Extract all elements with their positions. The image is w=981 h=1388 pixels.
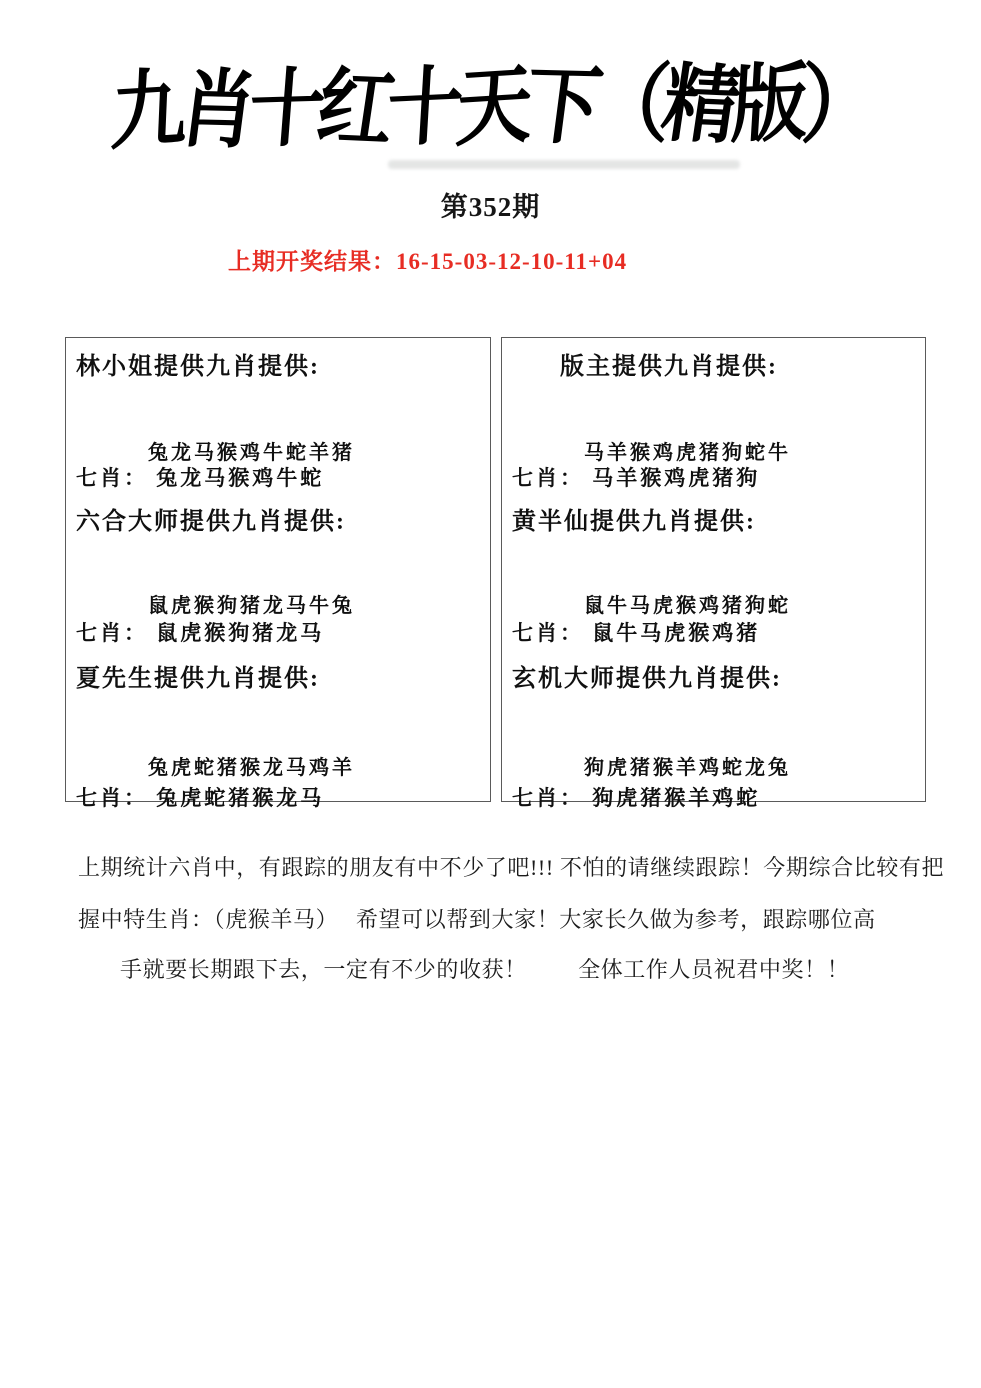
provider-heading: 六合大师提供九肖提供:: [76, 501, 346, 536]
provider-heading: 夏先生提供九肖提供:: [76, 658, 320, 693]
nine-zodiac-line: 鼠虎猴狗猪龙马牛兔: [148, 589, 355, 618]
provider-heading: 林小姐提供九肖提供:: [76, 346, 320, 381]
footer-text-line: 上期统计六肖中，有跟踪的朋友有中不少了吧!!! 不怕的请继续跟踪！今期综合比较有…: [78, 851, 944, 882]
last-draw-label: 上期开奖结果：: [228, 249, 396, 274]
provider-box-right: 版主提供九肖提供: 马羊猴鸡虎猪狗蛇牛 七肖： 马羊猴鸡虎猪狗 黄半仙提供九肖提…: [501, 337, 926, 802]
nine-zodiac-line: 狗虎猪猴羊鸡蛇龙兔: [584, 751, 791, 780]
seven-zodiac-line: 七肖： 鼠牛马虎猴鸡猪: [512, 617, 760, 647]
scan-smudge: [388, 160, 740, 169]
seven-zodiac-line: 七肖： 鼠虎猴狗猪龙马: [76, 617, 324, 647]
provider-heading: 黄半仙提供九肖提供:: [512, 501, 756, 536]
scanned-lottery-sheet: 九肖十红十天下（精版） 第352期 上期开奖结果：16-15-03-12-10-…: [0, 0, 981, 1388]
logo-title: 九肖十红十天下（精版）: [0, 43, 981, 173]
provider-heading: 版主提供九肖提供:: [560, 346, 778, 381]
nine-zodiac-line: 兔龙马猴鸡牛蛇羊猪: [148, 436, 355, 465]
provider-box-left: 林小姐提供九肖提供: 兔龙马猴鸡牛蛇羊猪 七肖： 兔龙马猴鸡牛蛇 六合大师提供九…: [65, 337, 491, 802]
seven-zodiac-line: 七肖： 狗虎猪猴羊鸡蛇: [512, 782, 760, 812]
footer-text-line: 握中特生肖：（虎猴羊马） 希望可以帮到大家！大家长久做为参考，跟踪哪位高: [78, 903, 876, 934]
last-draw-numbers: 16-15-03-12-10-11+04: [396, 249, 627, 274]
seven-zodiac-line: 七肖： 兔虎蛇猪猴龙马: [76, 782, 324, 812]
seven-zodiac-line: 七肖： 兔龙马猴鸡牛蛇: [76, 462, 324, 492]
seven-zodiac-line: 七肖： 马羊猴鸡虎猪狗: [512, 462, 760, 492]
footer-text-line: 手就要长期跟下去，一定有不少的收获！ 全体工作人员祝君中奖！！: [120, 953, 849, 984]
nine-zodiac-line: 鼠牛马虎猴鸡猪狗蛇: [584, 589, 791, 618]
provider-heading: 玄机大师提供九肖提供:: [512, 658, 782, 693]
issue-number: 第352期: [0, 185, 981, 224]
last-draw-result: 上期开奖结果：16-15-03-12-10-11+04: [228, 243, 627, 276]
nine-zodiac-line: 马羊猴鸡虎猪狗蛇牛: [584, 436, 791, 465]
nine-zodiac-line: 兔虎蛇猪猴龙马鸡羊: [148, 751, 355, 780]
